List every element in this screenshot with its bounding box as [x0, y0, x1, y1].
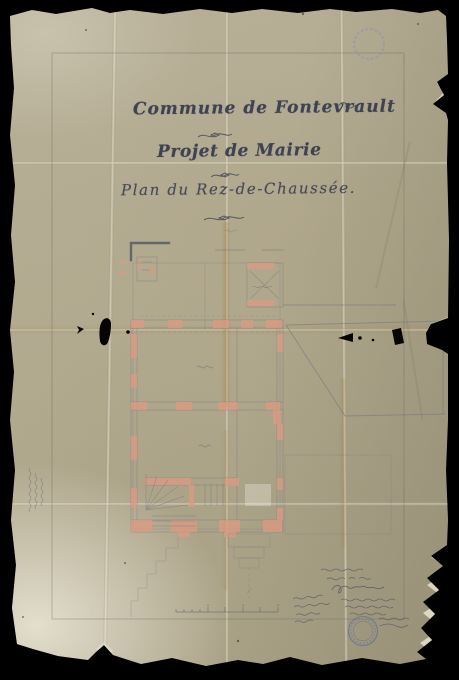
paper-holes	[77, 313, 404, 345]
staircase-right-steps	[205, 484, 271, 506]
annex-outbuilding-plan	[119, 257, 157, 281]
store-room-plan	[247, 263, 283, 307]
scale-bar	[176, 604, 279, 612]
margin-script-vertical	[29, 468, 43, 512]
pencil-steps-sketch	[131, 534, 178, 617]
scan-background: Commune de Fontevrault Projet de Mairie …	[0, 0, 459, 680]
room-label-script	[197, 230, 237, 447]
floorplan-drawing	[0, 0, 459, 680]
pencil-courtyard-sketch	[286, 321, 446, 416]
torn-edge-flaps	[96, 76, 448, 659]
embossed-stamp	[354, 29, 384, 59]
dimension-lines	[140, 316, 276, 600]
blue-ink-stamp	[349, 617, 378, 646]
paper-sheet: Commune de Fontevrault Projet de Mairie …	[0, 0, 459, 680]
pencil-extension-outline	[285, 455, 391, 534]
signature-script	[293, 569, 409, 627]
